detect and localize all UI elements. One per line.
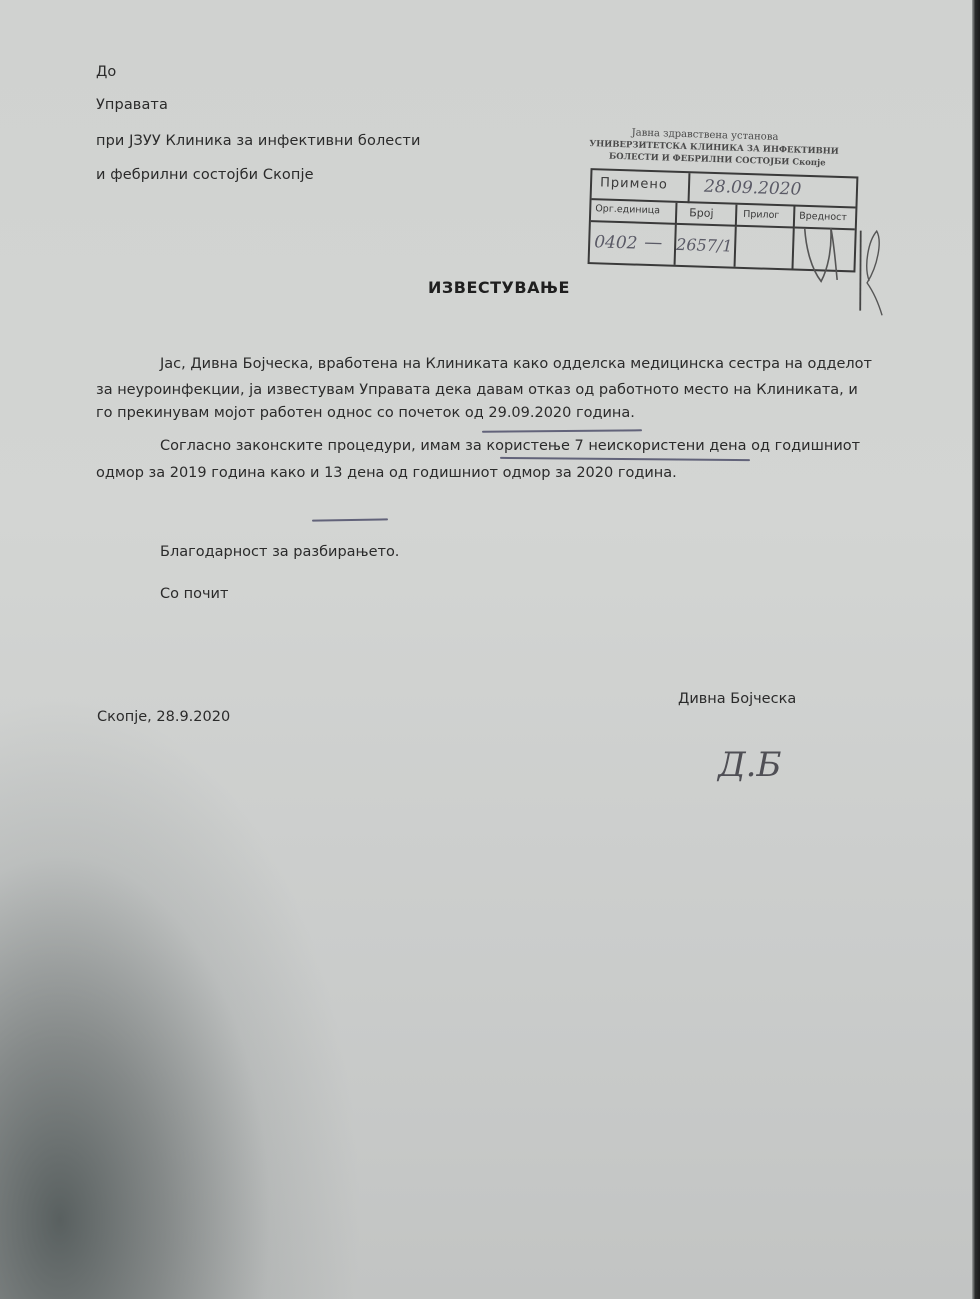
stamp-org-unit-cell: 0402 — — [590, 222, 677, 265]
paragraph-1-line-3: го прекинувам мојот работен однос со поч… — [96, 405, 635, 421]
number-label-text: Број — [689, 206, 714, 220]
ink-underline-days — [500, 457, 750, 461]
paragraph-1-line-2: за неуроинфекции, ја известувам Управата… — [96, 382, 858, 398]
stamp-initials-icon — [782, 208, 895, 321]
closing-line: Со почит — [160, 586, 228, 602]
ink-underline-date — [482, 429, 642, 432]
registry-stamp: Јавна здравствена установа УНИВЕРЗИТЕТСК… — [583, 122, 878, 291]
photo-edge — [972, 0, 980, 1299]
stamp-number-cell: 2657/1 — [676, 225, 737, 267]
stamp-dash: — — [644, 232, 663, 254]
attachment-label-text: Прилог — [743, 209, 780, 221]
paragraph-1-line-1: Јас, Дивна Бојческа, вработена на Клиник… — [160, 356, 872, 372]
stamp-number-value: 2657/1 — [676, 235, 733, 256]
recipient-line-3: при ЈЗУУ Клиника за инфективни болести — [96, 133, 420, 149]
handwritten-signature: Д.Б — [718, 745, 781, 785]
org-unit-label-text: Орг.единица — [595, 203, 660, 216]
place-and-date: Скопје, 28.9.2020 — [97, 709, 230, 725]
recipient-line-2: Управата — [96, 97, 168, 113]
stamp-org-unit-value: 0402 — [594, 232, 638, 253]
paragraph-2-line-2: одмор за 2019 година како и 13 дена од г… — [96, 465, 677, 481]
paragraph-2-line-1: Согласно законските процедури, имам за к… — [160, 438, 860, 454]
thanks-line: Благодарност за разбирањето. — [160, 544, 399, 560]
recipient-line-4: и фебрилни состојби Скопје — [96, 167, 314, 183]
recipient-line-1: До — [96, 64, 116, 80]
ink-stroke-mark — [312, 518, 388, 521]
received-label-text: Примено — [600, 175, 668, 192]
signer-name: Дивна Бојческа — [678, 691, 796, 707]
document-page: До Управата при ЈЗУУ Клиника за инфектив… — [0, 0, 972, 1299]
stamp-received-label: Примено — [592, 170, 691, 203]
stamp-number-label: Број — [677, 203, 738, 227]
stamp-received-value: 28.09.2020 — [704, 177, 802, 200]
stamp-org-unit-label: Орг.единица — [591, 200, 678, 225]
document-title: ИЗВЕСТУВАЊЕ — [428, 278, 570, 297]
